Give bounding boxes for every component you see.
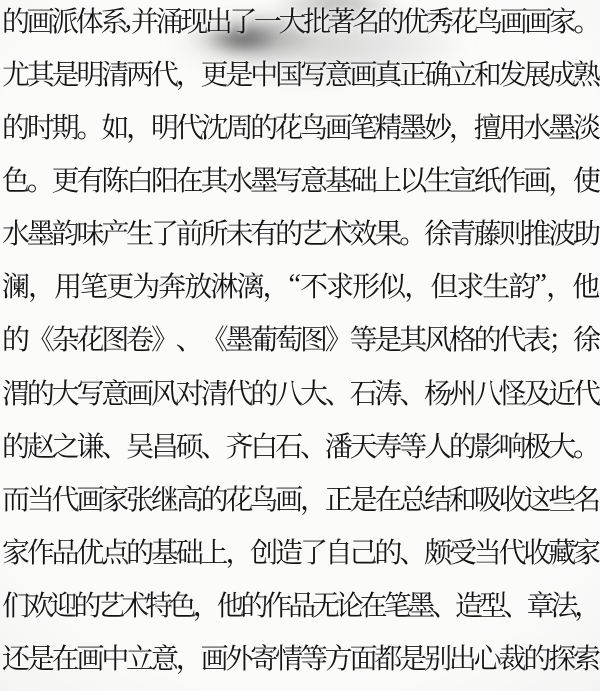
glyph: 阳 [151,159,176,199]
glyph: 确 [424,53,449,93]
glyph: 鸟 [300,106,325,146]
glyph: 心 [474,637,499,677]
glyph: 画 [500,0,525,40]
glyph: 徐 [424,212,449,252]
glyph: 近 [548,372,573,412]
glyph: 的 [250,106,275,146]
glyph: 了 [300,531,325,571]
glyph: 周 [225,106,250,146]
glyph: 础 [350,159,375,199]
glyph: 石 [275,425,300,465]
glyph: 和 [474,53,499,93]
glyph: 基 [325,159,350,199]
glyph: 生 [482,265,508,305]
glyph: 白 [250,425,275,465]
glyph: 的 [377,0,402,40]
glyph: 的 [250,372,275,412]
glyph: 用 [54,265,80,305]
glyph: 生 [424,159,449,199]
glyph: 成 [548,53,573,93]
glyph: 谦 [76,425,101,465]
glyph: 藏 [548,531,573,571]
glyph: 上 [201,531,226,571]
glyph: 两 [126,53,151,93]
glyph: 等 [350,318,375,358]
glyph: 批 [303,0,328,40]
glyph: 情 [275,637,300,677]
glyph: 些 [548,478,573,518]
glyph: 但 [430,265,456,305]
glyph: 白 [126,159,151,199]
glyph: 的 [449,425,474,465]
glyph: 在 [52,637,77,677]
glyph: 尤 [2,53,27,93]
text-line-10: 而当代画家张继高的花鸟画，正是在总结和吸收这些名 [2,471,598,524]
glyph: 的 [2,106,27,146]
glyph: 优 [76,531,101,571]
glyph: 代 [151,53,176,93]
glyph: 形 [352,265,378,305]
glyph: 画 [523,159,548,199]
glyph: 生 [126,212,151,252]
glyph: 是 [399,637,424,677]
glyph: 墨 [548,106,573,146]
glyph: 韵 [508,265,534,305]
glyph: 中 [101,637,126,677]
glyph: 正 [325,478,350,518]
glyph: 正 [399,53,424,93]
glyph: 、 [503,584,527,624]
glyph: 大 [279,0,304,40]
glyph: 画 [524,0,549,40]
glyph: 色 [169,584,193,624]
glyph: 、 [101,425,126,465]
glyph: 大 [52,372,77,412]
glyph: 清 [201,372,226,412]
glyph: 画 [350,53,375,93]
glyph: 立 [449,53,474,93]
glyph: 当 [474,531,499,571]
glyph: 求 [326,265,352,305]
glyph: 产 [101,212,126,252]
glyph: 鸟 [475,0,500,40]
glyph: 家 [573,531,598,571]
glyph: 造 [275,531,300,571]
glyph: 艺 [97,584,121,624]
glyph: 是 [225,53,250,93]
glyph: 画 [275,478,300,518]
glyph: 一 [254,0,279,40]
glyph: 宣 [449,159,474,199]
glyph: 的 [275,212,300,252]
glyph: 画 [27,0,52,40]
glyph: 、 [431,584,455,624]
glyph: 、 [300,425,325,465]
glyph: 、 [176,318,201,358]
glyph: 结 [424,478,449,518]
glyph: 风 [151,372,176,412]
glyph: 家 [2,531,27,571]
glyph: 赵 [27,425,52,465]
glyph: ， [225,531,250,571]
glyph: 鸟 [250,478,275,518]
glyph: 格 [449,318,474,358]
glyph: 外 [225,637,250,677]
glyph: 有 [76,159,101,199]
scanned-text-page: 的画派体系,并涌现出了一大批著名的优秀花鸟画画家。 尤其是明清两代，更是中国写意… [0,0,600,691]
glyph: 其 [201,159,226,199]
glyph: 潘 [325,425,350,465]
glyph: 欢 [26,584,50,624]
glyph: 果 [374,212,399,252]
glyph: 们 [2,584,26,624]
glyph: 在 [176,159,201,199]
glyph: 明 [151,106,176,146]
glyph: ， [574,584,598,624]
glyph: 特 [145,584,169,624]
glyph: ” [535,269,547,301]
glyph: 著 [328,0,353,40]
glyph: 的 [523,637,548,677]
glyph: 。 [27,159,52,199]
glyph: ， [404,265,430,305]
glyph: 己 [350,531,375,571]
glyph: 如 [101,106,126,146]
glyph: ， [449,106,474,146]
glyph: 明 [76,53,101,93]
glyph: 天 [350,425,375,465]
glyph: 图 [300,318,325,358]
glyph: 高 [176,478,201,518]
glyph: 优 [401,0,426,40]
glyph: 他 [572,265,598,305]
glyph: 艺 [300,212,325,252]
glyph: 州 [449,372,474,412]
glyph: 的 [474,318,499,358]
glyph: 体 [76,0,101,40]
glyph: 是 [52,53,77,93]
glyph: 继 [151,478,176,518]
glyph: 前 [176,212,201,252]
glyph: 图 [101,318,126,358]
glyph: 迎 [50,584,74,624]
glyph: “ [289,269,301,301]
glyph: 所 [201,212,226,252]
glyph: 其 [27,53,52,93]
glyph: ， [176,53,201,93]
glyph: 藤 [474,212,499,252]
glyph: 沈 [201,106,226,146]
glyph: 品 [52,531,77,571]
glyph: 的 [2,0,27,40]
glyph: 齐 [225,425,250,465]
glyph: 妙 [424,106,449,146]
glyph: 杨 [424,372,449,412]
glyph: 八 [474,372,499,412]
glyph: 出 [205,0,230,40]
glyph: 术 [121,584,145,624]
glyph: 淋 [210,265,236,305]
glyph: 期 [52,106,77,146]
glyph: 等 [300,637,325,677]
glyph: 在 [374,478,399,518]
glyph: ， [300,478,325,518]
glyph: 画 [76,637,101,677]
glyph: 响 [499,425,524,465]
glyph: 则 [499,212,524,252]
glyph: ， [546,265,572,305]
glyph: 真 [374,53,399,93]
glyph: 自 [325,531,350,571]
glyph: 之 [52,425,77,465]
glyph: 等 [399,425,424,465]
glyph: 中 [250,53,275,93]
glyph: 徐 [573,318,598,358]
glyph: 受 [449,531,474,571]
glyph: 而 [2,478,27,518]
glyph: 更 [52,159,77,199]
glyph: 的 [201,478,226,518]
glyph: 澜 [2,265,28,305]
glyph: 的 [27,372,52,412]
glyph: 影 [474,425,499,465]
glyph: 秀 [426,0,451,40]
glyph: 都 [374,637,399,677]
glyph: 方 [325,637,350,677]
glyph: 是 [350,478,375,518]
glyph: 在 [360,584,384,624]
glyph: 吴 [126,425,151,465]
glyph: 味 [76,212,101,252]
glyph: 人 [424,425,449,465]
glyph: 《 [27,318,52,358]
glyph: 品 [288,584,312,624]
glyph: 色 [2,159,27,199]
glyph: 》 [151,318,176,358]
glyph: 涛 [374,372,399,412]
glyph: 淡 [573,106,598,146]
glyph: 水 [225,159,250,199]
text-line-7: 的《杂花图卷》、《墨葡萄图》等是其风格的代表；徐 [2,312,598,365]
glyph: 渭 [2,372,27,412]
glyph: 作 [499,159,524,199]
glyph: 了 [229,0,254,40]
glyph: 论 [336,584,360,624]
glyph: 面 [350,637,375,677]
glyph: 昌 [151,425,176,465]
glyph: ， [126,106,151,146]
glyph: 笔 [350,106,375,146]
glyph: 吸 [474,478,499,518]
glyph: 的 [240,584,264,624]
glyph: 的 [2,425,27,465]
glyph: 国 [275,53,300,93]
text-line-2: 尤其是明清两代，更是中国写意画真正确立和发展成熟 [2,46,598,99]
glyph: 代 [225,372,250,412]
glyph: 《 [201,318,226,358]
glyph: 当 [27,478,52,518]
glyph: 作 [27,531,52,571]
glyph: 系 [100,0,125,40]
text-line-6: 澜，用笔更为奔放淋漓，“不求形似，但求生韵”，他 [2,259,598,312]
glyph: 清 [101,53,126,93]
glyph: 大 [300,372,325,412]
glyph: 以 [399,159,424,199]
glyph: 效 [350,212,375,252]
glyph: 作 [264,584,288,624]
glyph: 擅 [474,106,499,146]
glyph: ， [262,265,288,305]
glyph: 代 [176,106,201,146]
glyph: 大 [548,425,573,465]
glyph: 、 [399,531,424,571]
glyph: 他 [217,584,241,624]
glyph: 意 [101,372,126,412]
text-line-9: 的赵之谦、吴昌硕、齐白石、潘天寿等人的影响极大。 [2,418,598,471]
glyph: 、 [201,425,226,465]
glyph: 了 [151,212,176,252]
glyph: 更 [106,265,132,305]
glyph: 是 [374,318,399,358]
glyph: 收 [499,478,524,518]
glyph: 怪 [499,372,524,412]
glyph: 花 [76,318,101,358]
text-line-3: 的时期。如，明代沈周的花鸟画笔精墨妙，擅用水墨淡 [2,99,598,152]
glyph: 家 [549,0,574,40]
glyph: 写 [300,53,325,93]
glyph: 有 [250,212,275,252]
glyph: 墨 [225,318,250,358]
glyph: 现 [180,0,205,40]
glyph: 是 [27,637,52,677]
glyph: 展 [523,53,548,93]
glyph: 创 [250,531,275,571]
glyph: 立 [126,637,151,677]
glyph: 点 [101,531,126,571]
glyph: 墨 [399,106,424,146]
glyph: 使 [573,159,598,199]
glyph: 张 [126,478,151,518]
glyph: 墨 [407,584,431,624]
glyph: ， [548,159,573,199]
glyph: 用 [499,106,524,146]
glyph: 名 [352,0,377,40]
glyph: 上 [374,159,399,199]
glyph: 杂 [52,318,77,358]
glyph: 型 [479,584,503,624]
glyph: 础 [176,531,201,571]
glyph: ； [548,318,573,358]
glyph: 意 [325,53,350,93]
glyph: 。 [399,212,424,252]
glyph: 。 [573,0,598,40]
glyph: 花 [451,0,476,40]
glyph: 似 [378,265,404,305]
glyph: 为 [132,265,158,305]
glyph: 的 [74,584,98,624]
glyph: 助 [573,212,598,252]
glyph: 陈 [101,159,126,199]
glyph: 花 [225,478,250,518]
glyph: 萄 [275,318,300,358]
glyph: 别 [424,637,449,677]
glyph: 画 [201,637,226,677]
glyph: 的 [374,531,399,571]
glyph: 对 [176,372,201,412]
glyph: 精 [374,106,399,146]
glyph: 家 [101,478,126,518]
glyph: 代 [499,531,524,571]
glyph: 。 [573,425,598,465]
text-line-4: 色。更有陈白阳在其水墨写意基础上以生宣纸作画，使 [2,152,598,205]
text-line-11: 家作品优点的基础上，创造了自己的、颇受当代收藏家 [2,524,598,577]
text-line-8: 渭的大写意画风对清代的八大、石涛、杨州八怪及近代 [2,365,598,418]
text-line-13: 还是在画中立意，画外寄情等方面都是别出心裁的探索 [2,631,598,684]
glyph: 基 [151,531,176,571]
glyph: ， [176,637,201,677]
glyph: 墨 [250,159,275,199]
glyph: 涌 [156,0,181,40]
glyph: 这 [523,478,548,518]
glyph: 其 [399,318,424,358]
glyph: 的 [126,531,151,571]
glyph: 漓 [236,265,262,305]
glyph: 出 [449,637,474,677]
glyph: 发 [499,53,524,93]
glyph: 写 [76,372,101,412]
glyph: 派 [51,0,76,40]
glyph: 韵 [52,212,77,252]
glyph: 墨 [27,212,52,252]
glyph: 推 [523,212,548,252]
text-line-12: 们欢迎的艺术特色，他的作品无论在笔墨、造型、章法， [2,578,598,631]
glyph: 时 [27,106,52,146]
glyph: 并 [131,0,156,40]
glyph: 》 [325,318,350,358]
glyph: 未 [225,212,250,252]
glyph: 代 [573,372,598,412]
glyph: 探 [548,637,573,677]
glyph: 求 [456,265,482,305]
glyph: 画 [126,372,151,412]
glyph: 无 [312,584,336,624]
glyph: 纸 [474,159,499,199]
body-text: 的画派体系,并涌现出了一大批著名的优秀花鸟画画家。 尤其是明清两代，更是中国写意… [2,0,598,684]
glyph: 颇 [424,531,449,571]
glyph: 及 [523,372,548,412]
glyph: 总 [399,478,424,518]
text-line-5: 水墨韵味产生了前所未有的艺术效果。徐青藤则推波助 [2,206,598,259]
glyph: 奔 [158,265,184,305]
glyph: 画 [76,478,101,518]
glyph: 收 [523,531,548,571]
glyph: 和 [449,478,474,518]
glyph: 术 [325,212,350,252]
glyph: 青 [449,212,474,252]
glyph: 、 [399,372,424,412]
glyph: 石 [350,372,375,412]
glyph: 的 [2,318,27,358]
glyph: 代 [499,318,524,358]
glyph: 造 [455,584,479,624]
glyph: 波 [548,212,573,252]
glyph: ， [193,584,217,624]
glyph: 画 [325,106,350,146]
glyph: 代 [52,478,77,518]
glyph: 写 [275,159,300,199]
glyph: 风 [424,318,449,358]
glyph: 熟 [573,53,598,93]
